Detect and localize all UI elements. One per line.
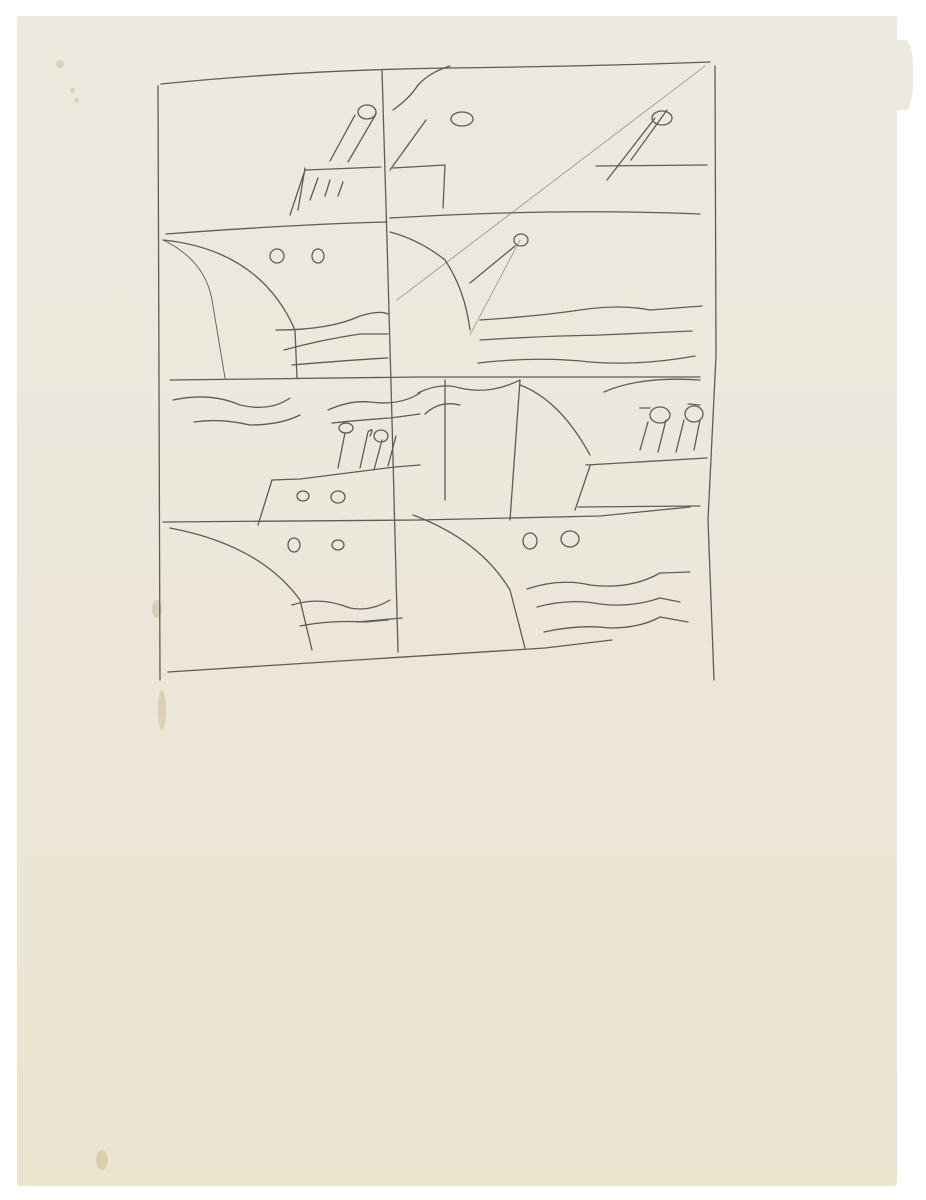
pencil-sketch xyxy=(0,0,926,1200)
